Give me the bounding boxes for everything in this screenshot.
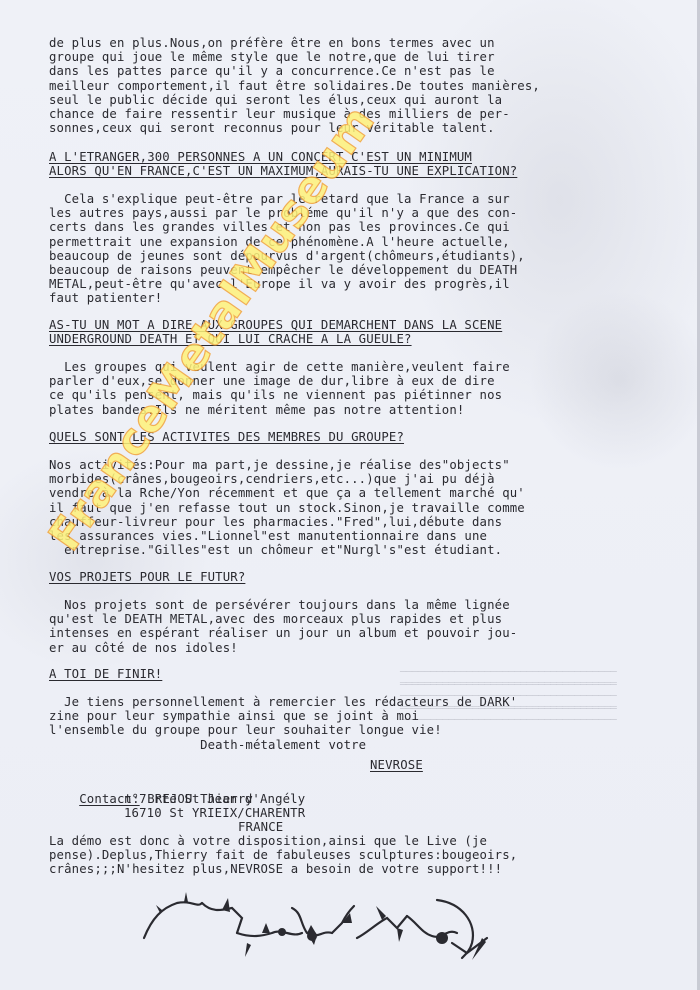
text-line: La démo est donc à votre disposition,ain… (49, 834, 609, 848)
text-line: permettrait une expansion de ce phénomèn… (49, 235, 609, 249)
text-line: zine pour leur sympathie ainsi que se jo… (49, 709, 609, 723)
text-line: les assurances vies."Lionnel"est manuten… (49, 529, 609, 543)
text-line: de plus en plus.Nous,on préfère être en … (49, 36, 609, 50)
nevrose-logo-icon (142, 888, 497, 963)
scanned-page: ──────────────────────────────────── ═══… (0, 0, 700, 990)
text-line: pense).Deplus,Thierry fait de fabuleuses… (49, 848, 609, 862)
question-finir: A TOI DE FINIR! (49, 667, 609, 681)
text-line: l'ensemble du groupe pour leur souhaiter… (49, 723, 609, 737)
question-groupes: AS-TU UN MOT A DIRE AUX GROUPES QUI DEMA… (49, 318, 609, 346)
text-line: A TOI DE FINIR! (49, 667, 609, 681)
text-line: UNDERGROUND DEATH ET QUI LUI CRACHE A LA… (49, 332, 609, 346)
signature-band-name: NEVROSE (370, 758, 470, 772)
answer-projets: Nos projets sont de persévérer toujours … (49, 598, 609, 655)
text-line: beaucoup de jeunes sont dépourvus d'arge… (49, 249, 609, 263)
text-line: les autres pays,aussi par le probléme qu… (49, 206, 609, 220)
text-line: Nos projets sont de persévérer toujours … (49, 598, 609, 612)
answer-finir: Je tiens personnellement à remercier les… (49, 695, 609, 752)
contact-address-line-2: 16710 St YRIEIX/CHARENTR (124, 806, 684, 820)
text-line: il faut que j'en refasse tout un stock.S… (49, 501, 609, 515)
text-line: vendre à la Rche/Yon récemment et que ça… (49, 486, 609, 500)
text-line: VOS PROJETS POUR LE FUTUR? (49, 570, 609, 584)
text-line: beaucoup de raisons peuvent empêcher le … (49, 263, 609, 277)
text-line: crânes;;;N'hesitez plus,NEVROSE a besoin… (49, 862, 609, 876)
text-line: meilleur comportement,il faut être solid… (49, 79, 609, 93)
text-line: seul le public décide qui seront les élu… (49, 93, 609, 107)
text-line: METAL,peut-être qu'avec l'Europe il va y… (49, 277, 609, 291)
text-line: intenses en espérant réaliser un jour un… (49, 626, 609, 640)
text-line: groupe qui joue le même style que le not… (49, 50, 609, 64)
text-line: parler d'eux,se donner une image de dur,… (49, 374, 609, 388)
text-line: certs dans les grandes villes et non pas… (49, 220, 609, 234)
text-line: chauffeur-livreur pour les pharmacies."F… (49, 515, 609, 529)
text-line: Je tiens personnellement à remercier les… (49, 695, 609, 709)
contact-address-line-3: FRANCE (238, 820, 700, 834)
text-line: entreprise."Gilles"est un chômeur et"Nur… (49, 543, 609, 557)
text-line: er au côté de nos idoles! (49, 641, 609, 655)
text-line: Les groupes qui veulent agir de cette ma… (49, 360, 609, 374)
text-line: dans les pattes parce qu'il y a concurre… (49, 64, 609, 78)
contact-address-line-1: n°7 rte St Jean d'Angély (124, 792, 684, 806)
question-projets: VOS PROJETS POUR LE FUTUR? (49, 570, 609, 584)
text-line: AS-TU UN MOT A DIRE AUX GROUPES QUI DEMA… (49, 318, 609, 332)
answer-etranger: Cela s'explique peut-être par le retard … (49, 192, 609, 306)
text-line: qu'est le DEATH METAL,avec des morceaux … (49, 612, 609, 626)
closing-paragraph: La démo est donc à votre disposition,ain… (49, 834, 609, 877)
text-line: Death-métalement votre (49, 738, 609, 752)
text-line: faut patienter! (49, 291, 609, 305)
